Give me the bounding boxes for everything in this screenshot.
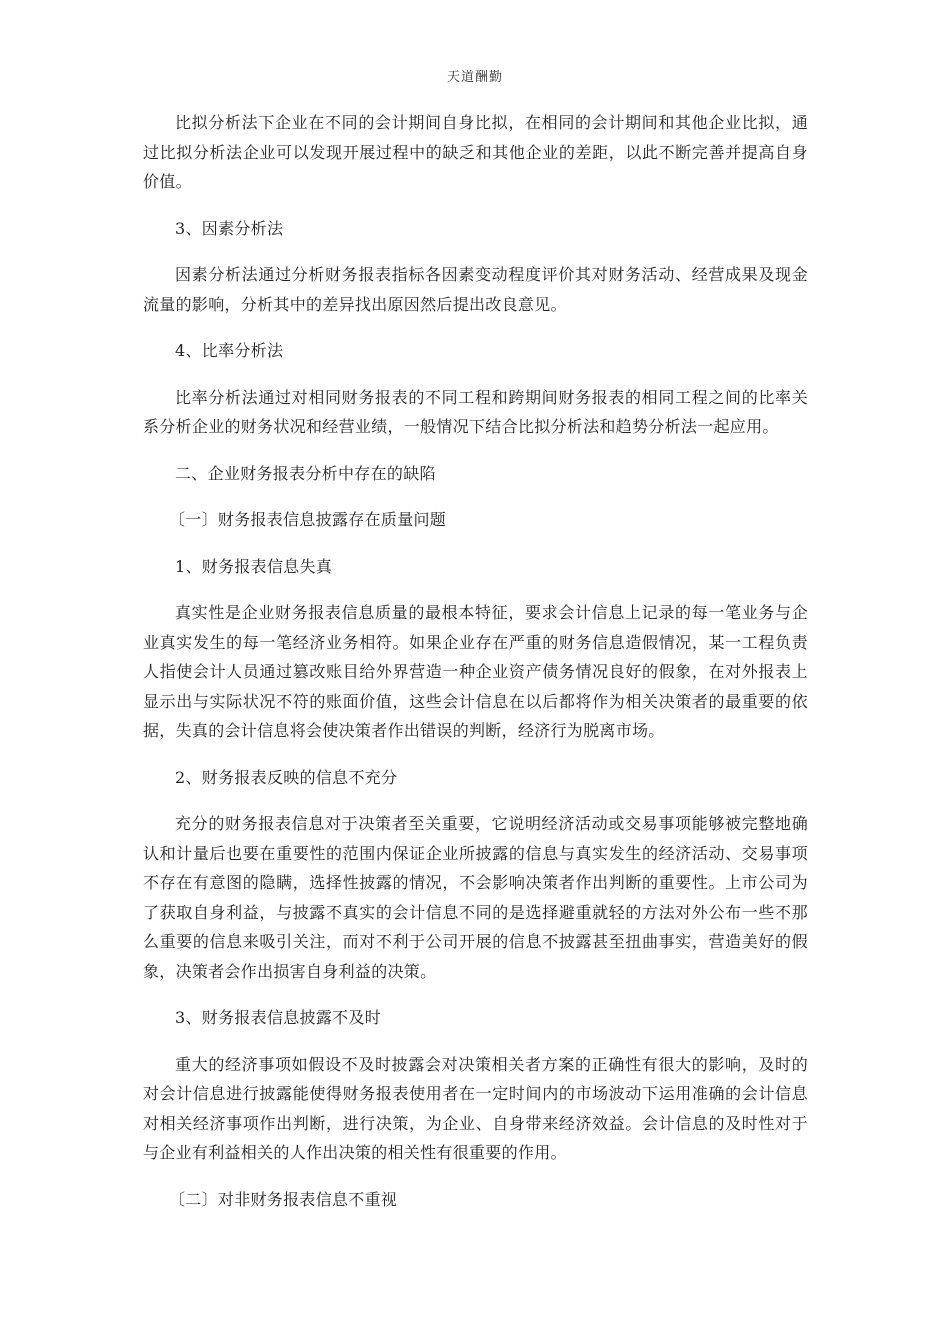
heading-ratio-analysis: 4、比率分析法 xyxy=(143,336,808,366)
heading-untimely-disclosure: 3、财务报表信息披露不及时 xyxy=(143,1003,808,1033)
subsection-heading-quality-issues: 〔一〕财务报表信息披露存在质量问题 xyxy=(143,505,808,535)
heading-info-distortion: 1、财务报表信息失真 xyxy=(143,552,808,582)
subsection-heading-non-financial: 〔二〕对非财务报表信息不重视 xyxy=(143,1185,808,1215)
paragraph-factor-analysis: 因素分析法通过分析财务报表指标各因素变动程度评价其对财务活动、经营成果及现金流量… xyxy=(143,260,808,319)
section-heading-defects: 二、企业财务报表分析中存在的缺陷 xyxy=(143,459,808,489)
paragraph-insufficient-info: 充分的财务报表信息对于决策者至关重要，它说明经济活动或交易事项能够被完整地确认和… xyxy=(143,809,808,986)
document-body: 比拟分析法下企业在不同的会计期间自身比拟，在相同的会计期间和其他企业比拟，通过比… xyxy=(143,108,808,1231)
heading-insufficient-info: 2、财务报表反映的信息不充分 xyxy=(143,763,808,793)
paragraph-info-distortion: 真实性是企业财务报表信息质量的最根本特征，要求会计信息上记录的每一笔业务与企业真… xyxy=(143,598,808,746)
page-header: 天道酬勤 xyxy=(0,66,950,85)
paragraph-comparison-method: 比拟分析法下企业在不同的会计期间自身比拟，在相同的会计期间和其他企业比拟，通过比… xyxy=(143,108,808,197)
heading-factor-analysis: 3、因素分析法 xyxy=(143,214,808,244)
paragraph-untimely-disclosure: 重大的经济事项如假设不及时披露会对决策相关者方案的正确性有很大的影响，及时的对会… xyxy=(143,1050,808,1168)
paragraph-ratio-analysis: 比率分析法通过对相同财务报表的不同工程和跨期间财务报表的相同工程之间的比率关系分… xyxy=(143,383,808,442)
